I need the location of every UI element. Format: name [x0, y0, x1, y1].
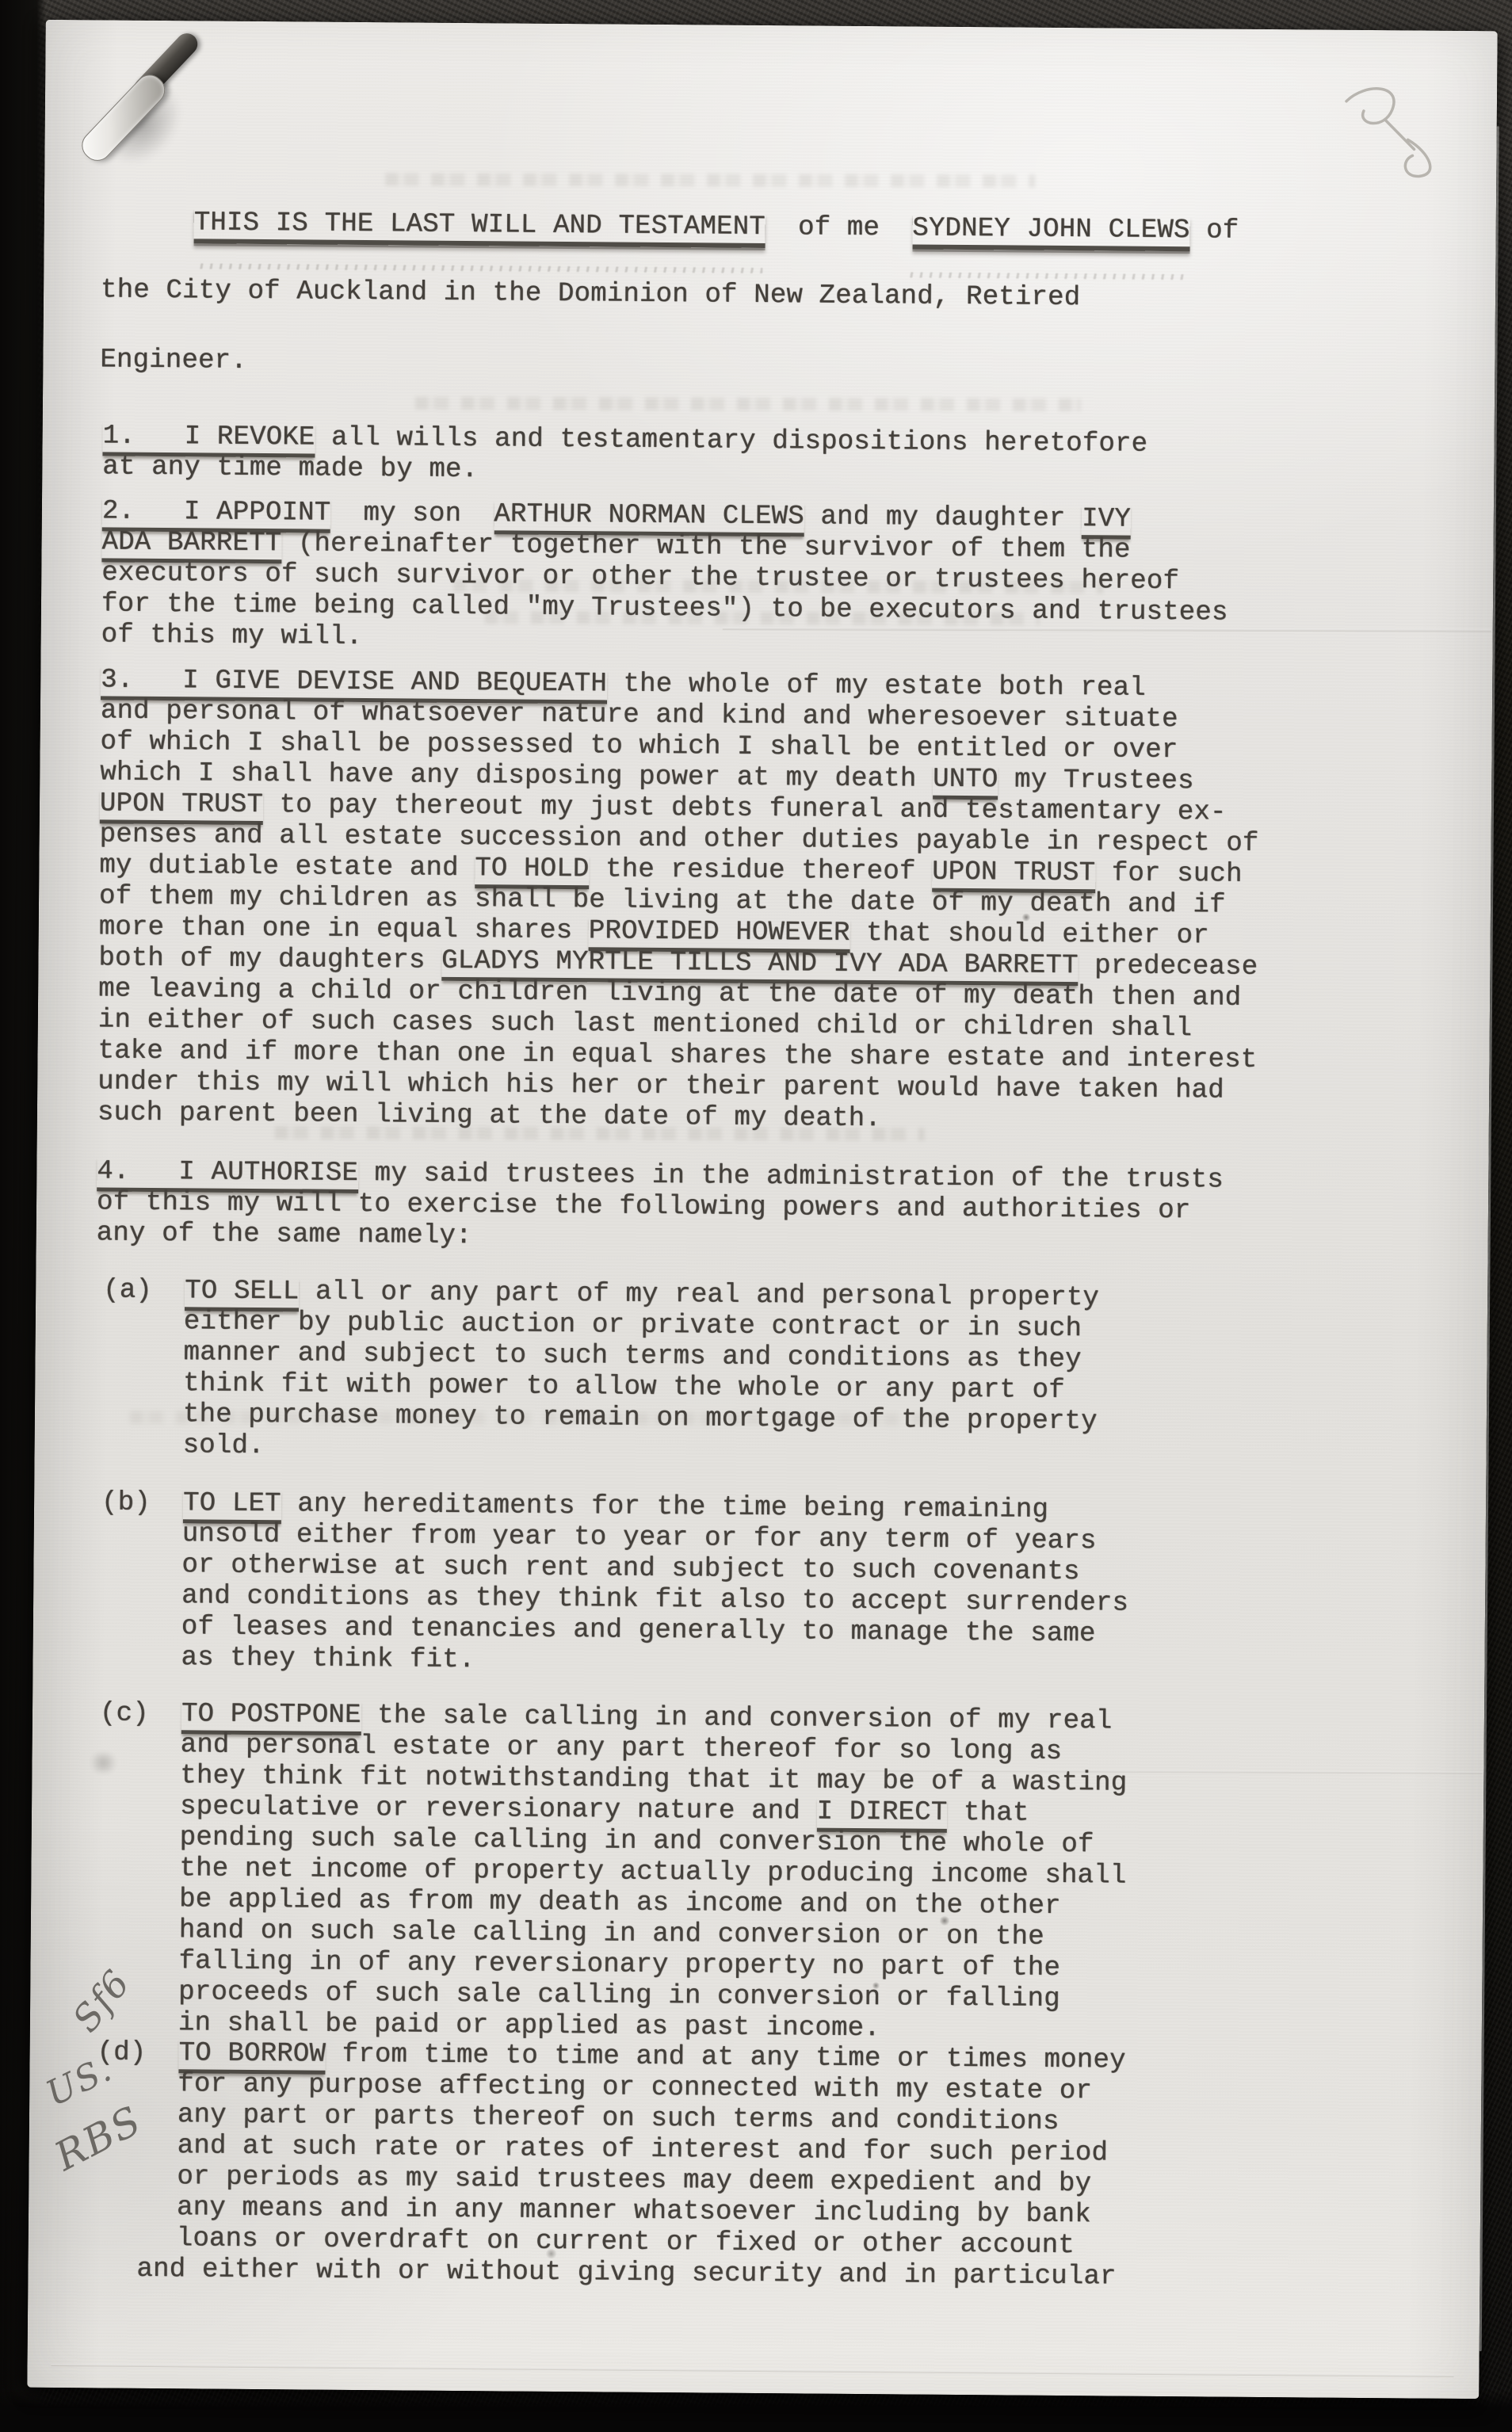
- clause-d-to-borrow: (d) TO BORROW from time to time and at a…: [95, 2037, 1125, 2293]
- clause-c-to-postpone: (c) TO POSTPONE the sale calling in and …: [97, 1698, 1128, 2046]
- text-segment: the residue thereof: [589, 854, 932, 887]
- text-segment: such parent been living at the date of m…: [97, 1098, 881, 1134]
- will-title: THIS IS THE LAST WILL AND TESTAMENT of m…: [194, 208, 1239, 246]
- text-segment: both of my daughters: [98, 943, 441, 975]
- paragraph-2-appoint: 2. I APPOINT my son ARTHUR NORMAN CLEWS …: [101, 496, 1229, 659]
- text-segment: of this my will.: [101, 620, 363, 652]
- text-segment: that: [947, 1798, 1029, 1829]
- underlined-text: UNTO: [933, 765, 998, 800]
- text-segment: sold.: [182, 1430, 264, 1461]
- photo-background: Sf6 US. RBS THIS IS THE LAST WILL AND TE…: [0, 0, 1512, 2432]
- text-segment: speculative or reversionary nature and: [180, 1792, 817, 1827]
- text-segment: any hereditaments for the time being rem…: [281, 1489, 1049, 1525]
- underlined-text: IVY: [1082, 504, 1131, 539]
- text-segment: of: [1189, 216, 1239, 246]
- document-page: Sf6 US. RBS THIS IS THE LAST WILL AND TE…: [27, 20, 1497, 2399]
- text-segment: predecease: [1078, 951, 1258, 983]
- will-text: THIS IS THE LAST WILL AND TESTAMENT of m…: [27, 20, 1497, 2399]
- text-segment: of me: [766, 212, 913, 243]
- underlined-text: SYDNEY JOHN CLEWS: [912, 213, 1190, 251]
- text-segment: my dutiable estate and: [99, 850, 475, 884]
- text-segment: the purchase money to remain on mortgage…: [183, 1399, 1098, 1437]
- text-segment: more than one in equal shares: [99, 912, 589, 946]
- paragraph-4-authorise: 4. I AUTHORISE my said trustees in the a…: [97, 1156, 1224, 1258]
- paragraph-3-give-devise: 3. I GIVE DEVISE AND BEQUEATH the whole …: [97, 665, 1260, 1137]
- clause-a-to-sell: (a) TO SELL all or any part of my real a…: [101, 1275, 1099, 1468]
- clause-b-to-let: (b) TO LET any hereditaments for the tim…: [100, 1487, 1129, 1681]
- text-segment: the sale calling in and conversion of my…: [361, 1701, 1112, 1736]
- text-segment: my Trustees: [998, 765, 1194, 796]
- text-segment: and my daughter: [804, 502, 1082, 534]
- text-segment: all or any part of my real and personal …: [299, 1277, 1099, 1313]
- text-segment: as they think fit.: [181, 1643, 475, 1675]
- text-segment: (b): [101, 1487, 183, 1518]
- text-segment: my son: [330, 498, 494, 530]
- text-segment: from time to time and at any time or tim…: [326, 2040, 1126, 2076]
- text-segment: (c): [100, 1698, 181, 1729]
- intro-city-line: the City of Auckland in the Dominion of …: [101, 275, 1080, 314]
- underlined-text: THIS IS THE LAST WILL AND TESTAMENT: [194, 208, 766, 248]
- text-segment: (a): [103, 1275, 185, 1306]
- text-segment: for such: [1095, 858, 1243, 889]
- text-segment: that should either or: [850, 918, 1209, 952]
- text-segment: (d): [97, 2037, 178, 2068]
- intro-occupation-line: Engineer.: [100, 345, 247, 376]
- text-segment: at any time made by me.: [102, 452, 478, 485]
- text-segment: any of the same namely:: [97, 1218, 472, 1251]
- text-segment: the City of Auckland in the Dominion of …: [101, 275, 1080, 313]
- text-segment: Engineer.: [100, 345, 247, 376]
- paragraph-1-revoke: 1. I REVOKE all wills and testamentary d…: [102, 421, 1147, 491]
- text-segment: the whole of my estate both real: [607, 669, 1146, 703]
